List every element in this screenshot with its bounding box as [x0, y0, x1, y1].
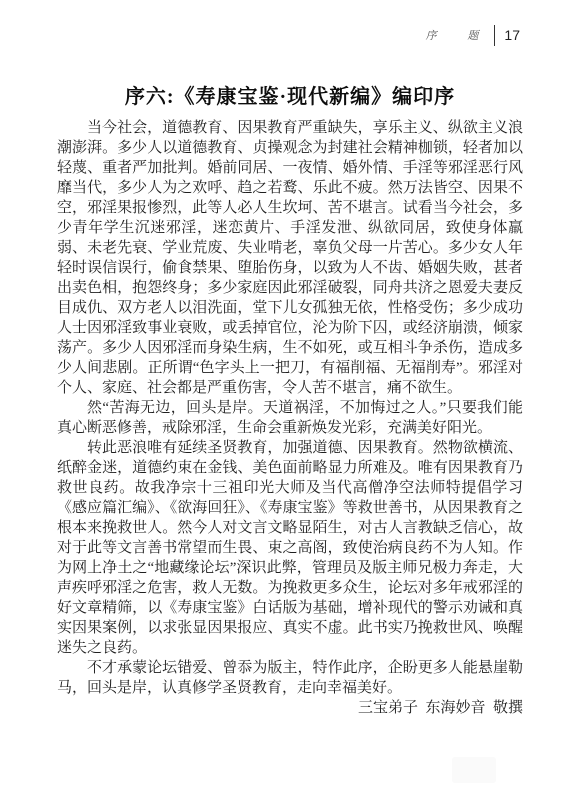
preface-body: 当今社会，道德教育、因果教育严重缺失，享乐主义、纵欲主义浪潮澎湃。多少人以道德教… — [57, 118, 523, 718]
page-number: 17 — [504, 27, 520, 43]
paragraph-1: 当今社会，道德教育、因果教育严重缺失，享乐主义、纵欲主义浪潮澎湃。多少人以道德教… — [57, 118, 523, 398]
signature-line: 三宝弟子 东海妙音 敬撰 — [57, 698, 523, 718]
running-header: 序 题 17 — [426, 24, 520, 46]
faint-watermark — [452, 757, 496, 783]
book-page: 序 题 17 序六:《寿康宝鉴·现代新编》编印序 当今社会，道德教育、因果教育严… — [0, 0, 580, 789]
header-section-label: 序 题 — [426, 27, 493, 43]
header-divider — [494, 25, 495, 46]
paragraph-3: 转此恶浪唯有延续圣贤教育，加强道德、因果教育。然物欲横流、纸醉金迷，道德约束在金… — [57, 438, 523, 658]
paragraph-2: 然“苦海无边，回头是岸。天道祸淫，不加悔过之人。”只要我们能真心断恶修善，戒除邪… — [57, 398, 523, 438]
paragraph-4: 不才承蒙论坛错爱、曾忝为版主，特作此序，企盼更多人能悬崖勒马，回头是岸，认真修学… — [57, 658, 523, 698]
page-title: 序六:《寿康宝鉴·现代新编》编印序 — [0, 80, 580, 109]
